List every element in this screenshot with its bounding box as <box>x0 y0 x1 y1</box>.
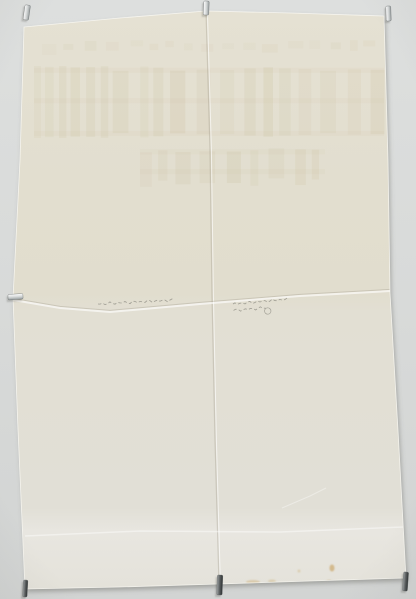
photo-vignette <box>0 0 416 599</box>
photo-pinned-folded-poster <box>0 0 416 599</box>
photograph-frame <box>0 0 416 599</box>
